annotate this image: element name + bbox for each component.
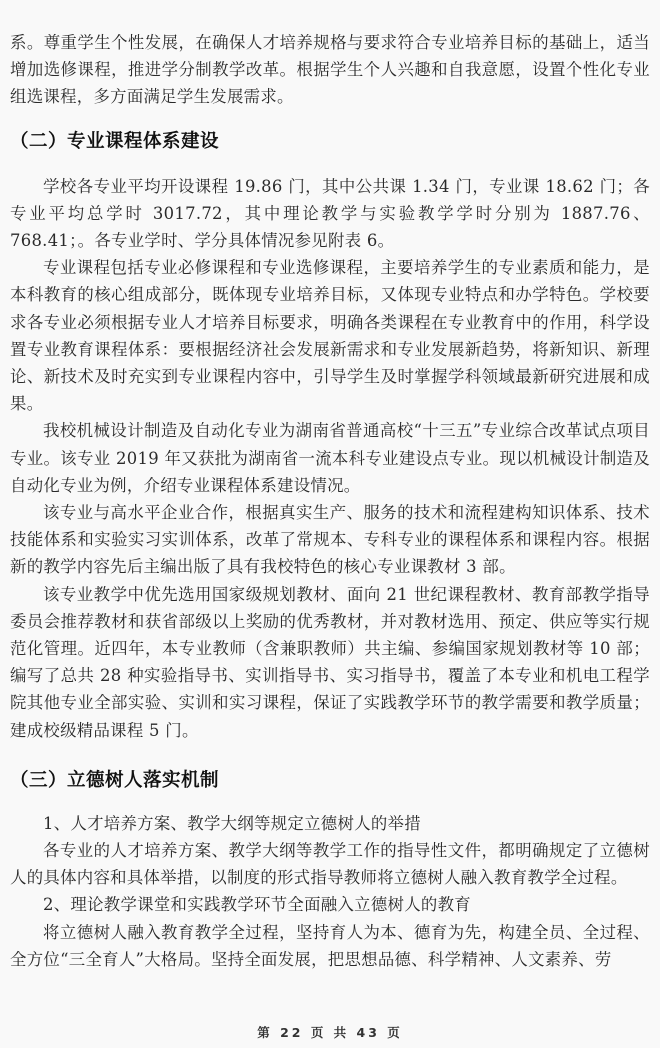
paragraph-professional-courses: 专业课程包括专业必修课程和专业选修课程，主要培养学生的专业素质和能力，是本科教育…: [10, 254, 650, 417]
document-page: 系。尊重学生个性发展，在确保人才培养规格与要求符合专业培养目标的基础上，适当增加…: [10, 29, 650, 973]
paragraph-textbooks: 该专业教学中优先选用国家级规划教材、面向 21 世纪课程教材、教育部教学指导委员…: [10, 581, 650, 744]
paragraph-course-stats: 学校各专业平均开设课程 19.86 门，其中公共课 1.34 门，专业课 18.…: [10, 173, 650, 255]
section-heading-moral-education: （三）立德树人落实机制: [10, 766, 650, 792]
item-body-1: 各专业的人才培养方案、教学大纲等教学工作的指导性文件，都明确规定了立德树人的具体…: [10, 837, 650, 891]
item-title-2: 2、理论教学课堂和实践教学环节全面融入立德树人的教育: [10, 891, 650, 918]
item-title-1: 1、人才培养方案、教学大纲等规定立德树人的举措: [10, 810, 650, 837]
paragraph-enterprise-cooperation: 该专业与高水平企业合作，根据真实生产、服务的技术和流程建构知识体系、技术技能体系…: [10, 499, 650, 581]
section-heading-curriculum-system: （二）专业课程体系建设: [10, 127, 650, 153]
page-number-footer: 第 22 页 共 43 页: [0, 1023, 660, 1041]
paragraph-mechanical-major: 我校机械设计制造及自动化专业为湖南省普通高校“十三五”专业综合改革试点项目专业。…: [10, 417, 650, 499]
intro-paragraph: 系。尊重学生个性发展，在确保人才培养规格与要求符合专业培养目标的基础上，适当增加…: [10, 29, 650, 111]
item-body-2: 将立德树人融入教育教学全过程，坚持育人为本、德育为先，构建全员、全过程、全方位“…: [10, 919, 650, 973]
